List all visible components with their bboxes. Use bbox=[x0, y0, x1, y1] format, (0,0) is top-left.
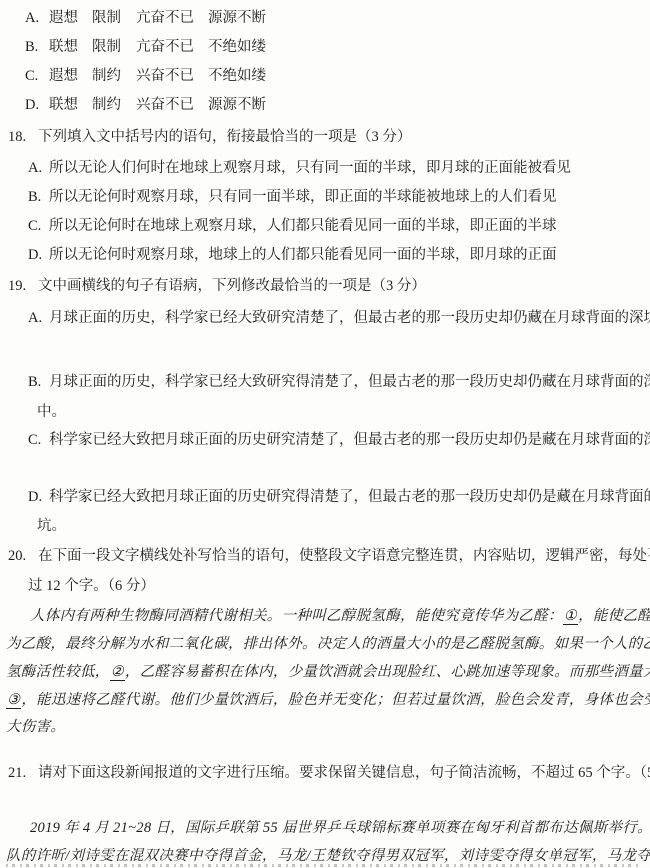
passage-segment: ，能使乙醛转化 bbox=[578, 608, 650, 624]
option-label: A. bbox=[25, 8, 49, 28]
q18-option-b: B. 所以无论何时观察月球，只有同一面半球，即正面的半球能被地球上的人们看见 bbox=[0, 187, 646, 207]
q19-option-b-continuation: 中。 bbox=[0, 402, 646, 422]
passage-segment: ，乙醛容易蓄积在体内，少量饮酒就会出现脸红、心跳加速等现象。而那些酒量大的人， bbox=[125, 664, 650, 680]
option-label: B. bbox=[25, 37, 49, 57]
question-text: 文中画横线的句子有语病，下列修改最恰当的一项是（3 分） bbox=[38, 276, 426, 296]
option-label: C. bbox=[28, 216, 41, 236]
q20-passage-line: 大伤害。 bbox=[0, 717, 646, 737]
option-word: 限制 bbox=[92, 8, 122, 28]
question-number: 18. bbox=[8, 127, 26, 147]
question-number: 20. bbox=[8, 546, 26, 566]
option-word: 制约 bbox=[92, 95, 122, 115]
word-option-row-a: A. 遐想 限制 亢奋不已 源源不断 bbox=[0, 8, 646, 28]
option-label: D. bbox=[28, 245, 42, 265]
q19-option-c: C. 科学家已经大致把月球正面的历史研究清楚了，但最古老的那一段历史却仍是藏在月… bbox=[0, 430, 646, 450]
exam-page: A. 遐想 限制 亢奋不已 源源不断 B. 联想 限制 亢奋不已 不绝如缕 C.… bbox=[0, 0, 650, 868]
question-21-stem: 21. 请对下面这段新闻报道的文字进行压缩。要求保留关键信息，句子简洁流畅，不超… bbox=[0, 763, 646, 783]
option-label: D. bbox=[28, 487, 42, 507]
option-text: 中。 bbox=[37, 402, 66, 422]
option-label: C. bbox=[28, 430, 41, 450]
option-text: 所以无论人们何时在地球上观察月球，只有同一面的半球，即月球的正面能被看见 bbox=[49, 158, 571, 178]
question-text: 下列填入文中括号内的语句，衔接最恰当的一项是（3 分） bbox=[38, 127, 411, 147]
passage-segment: 人体内有两种生物酶同酒精代谢相关。一种叫乙醇脱氢酶，能使究竟传华为乙醛： bbox=[30, 608, 563, 624]
clipped-next-line bbox=[6, 864, 638, 867]
option-word: 亢奋不已 bbox=[136, 37, 194, 57]
question-number: 21. bbox=[8, 763, 26, 783]
q21-news-line: 队的许昕/刘诗雯在混双决赛中夺得首金，马龙/王楚钦夺得男双冠军，刘诗雯夺得女单冠… bbox=[0, 846, 646, 866]
passage-segment: 氢酶活性较低， bbox=[6, 664, 110, 680]
word-option-row-b: B. 联想 限制 亢奋不已 不绝如缕 bbox=[0, 37, 646, 57]
option-label: D. bbox=[25, 95, 49, 115]
passage-text: 为乙酸，最终分解为水和二氧化碳，排出体外。决定人的酒量大小的是乙醛脱氢酶。如果一… bbox=[6, 634, 650, 654]
option-label: B. bbox=[28, 187, 41, 207]
q21-news-line: 2019 年 4 月 21~28 日，国际乒联第 55 届世界乒乓球锦标赛单项赛… bbox=[0, 818, 646, 838]
word-option-row-c: C. 遐想 制约 兴奋不已 不绝如缕 bbox=[0, 66, 646, 86]
option-word: 不绝如缕 bbox=[208, 37, 266, 57]
option-word: 兴奋不已 bbox=[136, 66, 194, 86]
option-text: 坑。 bbox=[37, 516, 66, 536]
option-word: 源源不断 bbox=[208, 8, 266, 28]
q19-option-d: D. 科学家已经大致把月球正面的历史研究得清楚了，但最古老的那一段历史却仍是藏在… bbox=[0, 487, 646, 507]
question-text: 在下面一段文字横线处补写恰当的语句，使整段文字语意完整连贯，内容贴切，逻辑严密，… bbox=[38, 546, 650, 566]
q20-passage-line: 为乙酸，最终分解为水和二氧化碳，排出体外。决定人的酒量大小的是乙醛脱氢酶。如果一… bbox=[0, 634, 646, 654]
q20-passage-line: 人体内有两种生物酶同酒精代谢相关。一种叫乙醇脱氢酶，能使究竟传华为乙醛：①，能使… bbox=[0, 606, 646, 626]
blank-marker: ③ bbox=[6, 692, 21, 709]
question-20-stem-continuation: 过 12 个字。（6 分） bbox=[0, 576, 646, 596]
news-text: 2019 年 4 月 21~28 日，国际乒联第 55 届世界乒乓球锦标赛单项赛… bbox=[30, 818, 650, 838]
option-word: 联想 bbox=[49, 95, 78, 115]
question-19-stem: 19. 文中画横线的句子有语病，下列修改最恰当的一项是（3 分） bbox=[0, 276, 646, 296]
option-word: 联想 bbox=[49, 37, 78, 57]
option-word: 遐想 bbox=[49, 66, 78, 86]
question-20-stem: 20. 在下面一段文字横线处补写恰当的语句，使整段文字语意完整连贯，内容贴切，逻… bbox=[0, 546, 646, 566]
option-word: 限制 bbox=[92, 37, 122, 57]
news-text: 队的许昕/刘诗雯在混双决赛中夺得首金，马龙/王楚钦夺得男双冠军，刘诗雯夺得女单冠… bbox=[6, 846, 650, 866]
option-text: 月球正面的历史，科学家已经大致研究清楚了，但最古老的那一段历史却仍藏在月球背面的… bbox=[49, 308, 650, 328]
option-text: 科学家已经大致把月球正面的历史研究得清楚了，但最古老的那一段历史却仍是藏在月球背… bbox=[49, 487, 650, 507]
q18-option-a: A. 所以无论人们何时在地球上观察月球，只有同一面的半球，即月球的正面能被看见 bbox=[0, 158, 646, 178]
q19-option-d-continuation: 坑。 bbox=[0, 516, 646, 536]
option-word: 兴奋不已 bbox=[136, 95, 194, 115]
option-label: C. bbox=[25, 66, 49, 86]
option-label: A. bbox=[28, 158, 42, 178]
passage-text: 氢酶活性较低，②，乙醛容易蓄积在体内，少量饮酒就会出现脸红、心跳加速等现象。而那… bbox=[6, 662, 650, 682]
option-text: 月球正面的历史，科学家已经大致研究得清楚了，但最古老的那一段历史却仍藏在月球背面… bbox=[49, 372, 650, 392]
passage-segment: 为乙酸，最终分解为水和二氧化碳，排出体外。决定人的酒量大小的是乙醛脱氢酶。如果一… bbox=[6, 636, 650, 652]
question-text: 过 12 个字。（6 分） bbox=[28, 576, 155, 596]
passage-text: 人体内有两种生物酶同酒精代谢相关。一种叫乙醇脱氢酶，能使究竟传华为乙醛：①，能使… bbox=[30, 606, 650, 626]
option-text: 所以无论何时在地球上观察月球，人们都只能看见同一面的半球，即正面的半球 bbox=[49, 216, 557, 236]
question-number: 19. bbox=[8, 276, 26, 296]
question-18-stem: 18. 下列填入文中括号内的语句，衔接最恰当的一项是（3 分） bbox=[0, 127, 646, 147]
passage-text: 大伤害。 bbox=[6, 717, 65, 737]
option-word: 遐想 bbox=[49, 8, 78, 28]
q18-option-d: D. 所以无论何时观察月球，地球上的人们都只能看见同一面的半球，即月球的正面 bbox=[0, 245, 646, 265]
word-option-row-d: D. 联想 制约 兴奋不已 源源不断 bbox=[0, 95, 646, 115]
option-word: 源源不断 bbox=[208, 95, 266, 115]
option-word: 亢奋不已 bbox=[136, 8, 194, 28]
option-text: 所以无论何时观察月球，只有同一面半球，即正面的半球能被地球上的人们看见 bbox=[49, 187, 557, 207]
passage-segment: ，能迅速将乙醛代谢。他们少量饮酒后，脸色并无变化；但若过量饮酒，脸色会发青，身体… bbox=[21, 692, 650, 708]
q19-option-a: A. 月球正面的历史，科学家已经大致研究清楚了，但最古老的那一段历史却仍藏在月球… bbox=[0, 308, 646, 328]
q18-option-c: C. 所以无论何时在地球上观察月球，人们都只能看见同一面的半球，即正面的半球 bbox=[0, 216, 646, 236]
passage-segment: 大伤害。 bbox=[6, 719, 65, 735]
q20-passage-line: 氢酶活性较低，②，乙醛容易蓄积在体内，少量饮酒就会出现脸红、心跳加速等现象。而那… bbox=[0, 662, 646, 682]
option-word: 制约 bbox=[92, 66, 122, 86]
option-label: A. bbox=[28, 308, 42, 328]
option-text: 科学家已经大致把月球正面的历史研究清楚了，但最古老的那一段历史却仍是藏在月球背面… bbox=[49, 430, 650, 450]
q19-option-b: B. 月球正面的历史，科学家已经大致研究得清楚了，但最古老的那一段历史却仍藏在月… bbox=[0, 372, 646, 392]
q20-passage-line: ③，能迅速将乙醛代谢。他们少量饮酒后，脸色并无变化；但若过量饮酒，脸色会发青，身… bbox=[0, 690, 646, 710]
question-text: 请对下面这段新闻报道的文字进行压缩。要求保留关键信息，句子简洁流畅，不超过 65… bbox=[38, 763, 650, 783]
passage-text: ③，能迅速将乙醛代谢。他们少量饮酒后，脸色并无变化；但若过量饮酒，脸色会发青，身… bbox=[6, 690, 650, 710]
blank-marker: ② bbox=[110, 664, 125, 681]
option-word: 不绝如缕 bbox=[208, 66, 266, 86]
option-label: B. bbox=[28, 372, 41, 392]
blank-marker: ① bbox=[563, 608, 578, 625]
option-text: 所以无论何时观察月球，地球上的人们都只能看见同一面的半球，即月球的正面 bbox=[49, 245, 557, 265]
